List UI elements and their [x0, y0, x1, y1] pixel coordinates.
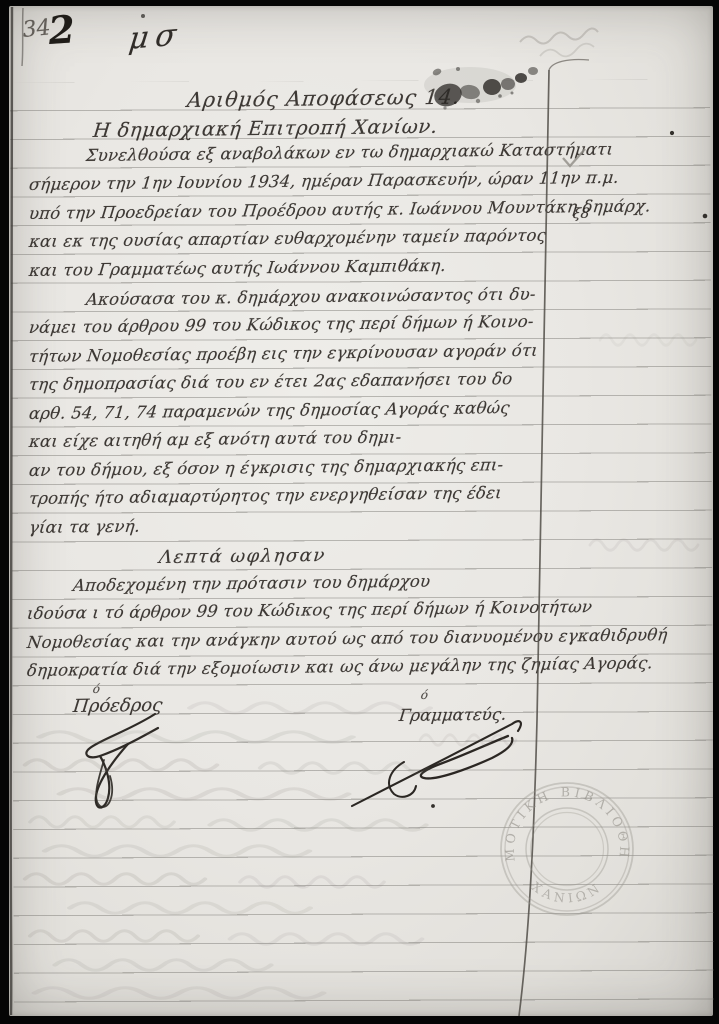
page-number: 2	[47, 6, 77, 53]
president-label: Πρόεδρος	[72, 695, 163, 717]
top-scribble: μσ	[127, 17, 185, 57]
president-superscript: ό	[92, 682, 101, 696]
document-title: Αριθμός Αποφάσεως 14.	[186, 85, 462, 112]
handwritten-margin-mark: ξ8	[572, 206, 590, 222]
handwritten-line: γίαι τα γενή.	[28, 517, 141, 537]
section-heading: Λεπτά ωφλησαν	[158, 545, 327, 568]
secretary-superscript: ό	[420, 688, 429, 702]
document-subtitle: Η δημαρχιακή Επιτροπή Χανίων.	[92, 115, 439, 142]
secretary-label: Γραμματεύς.	[398, 705, 507, 725]
